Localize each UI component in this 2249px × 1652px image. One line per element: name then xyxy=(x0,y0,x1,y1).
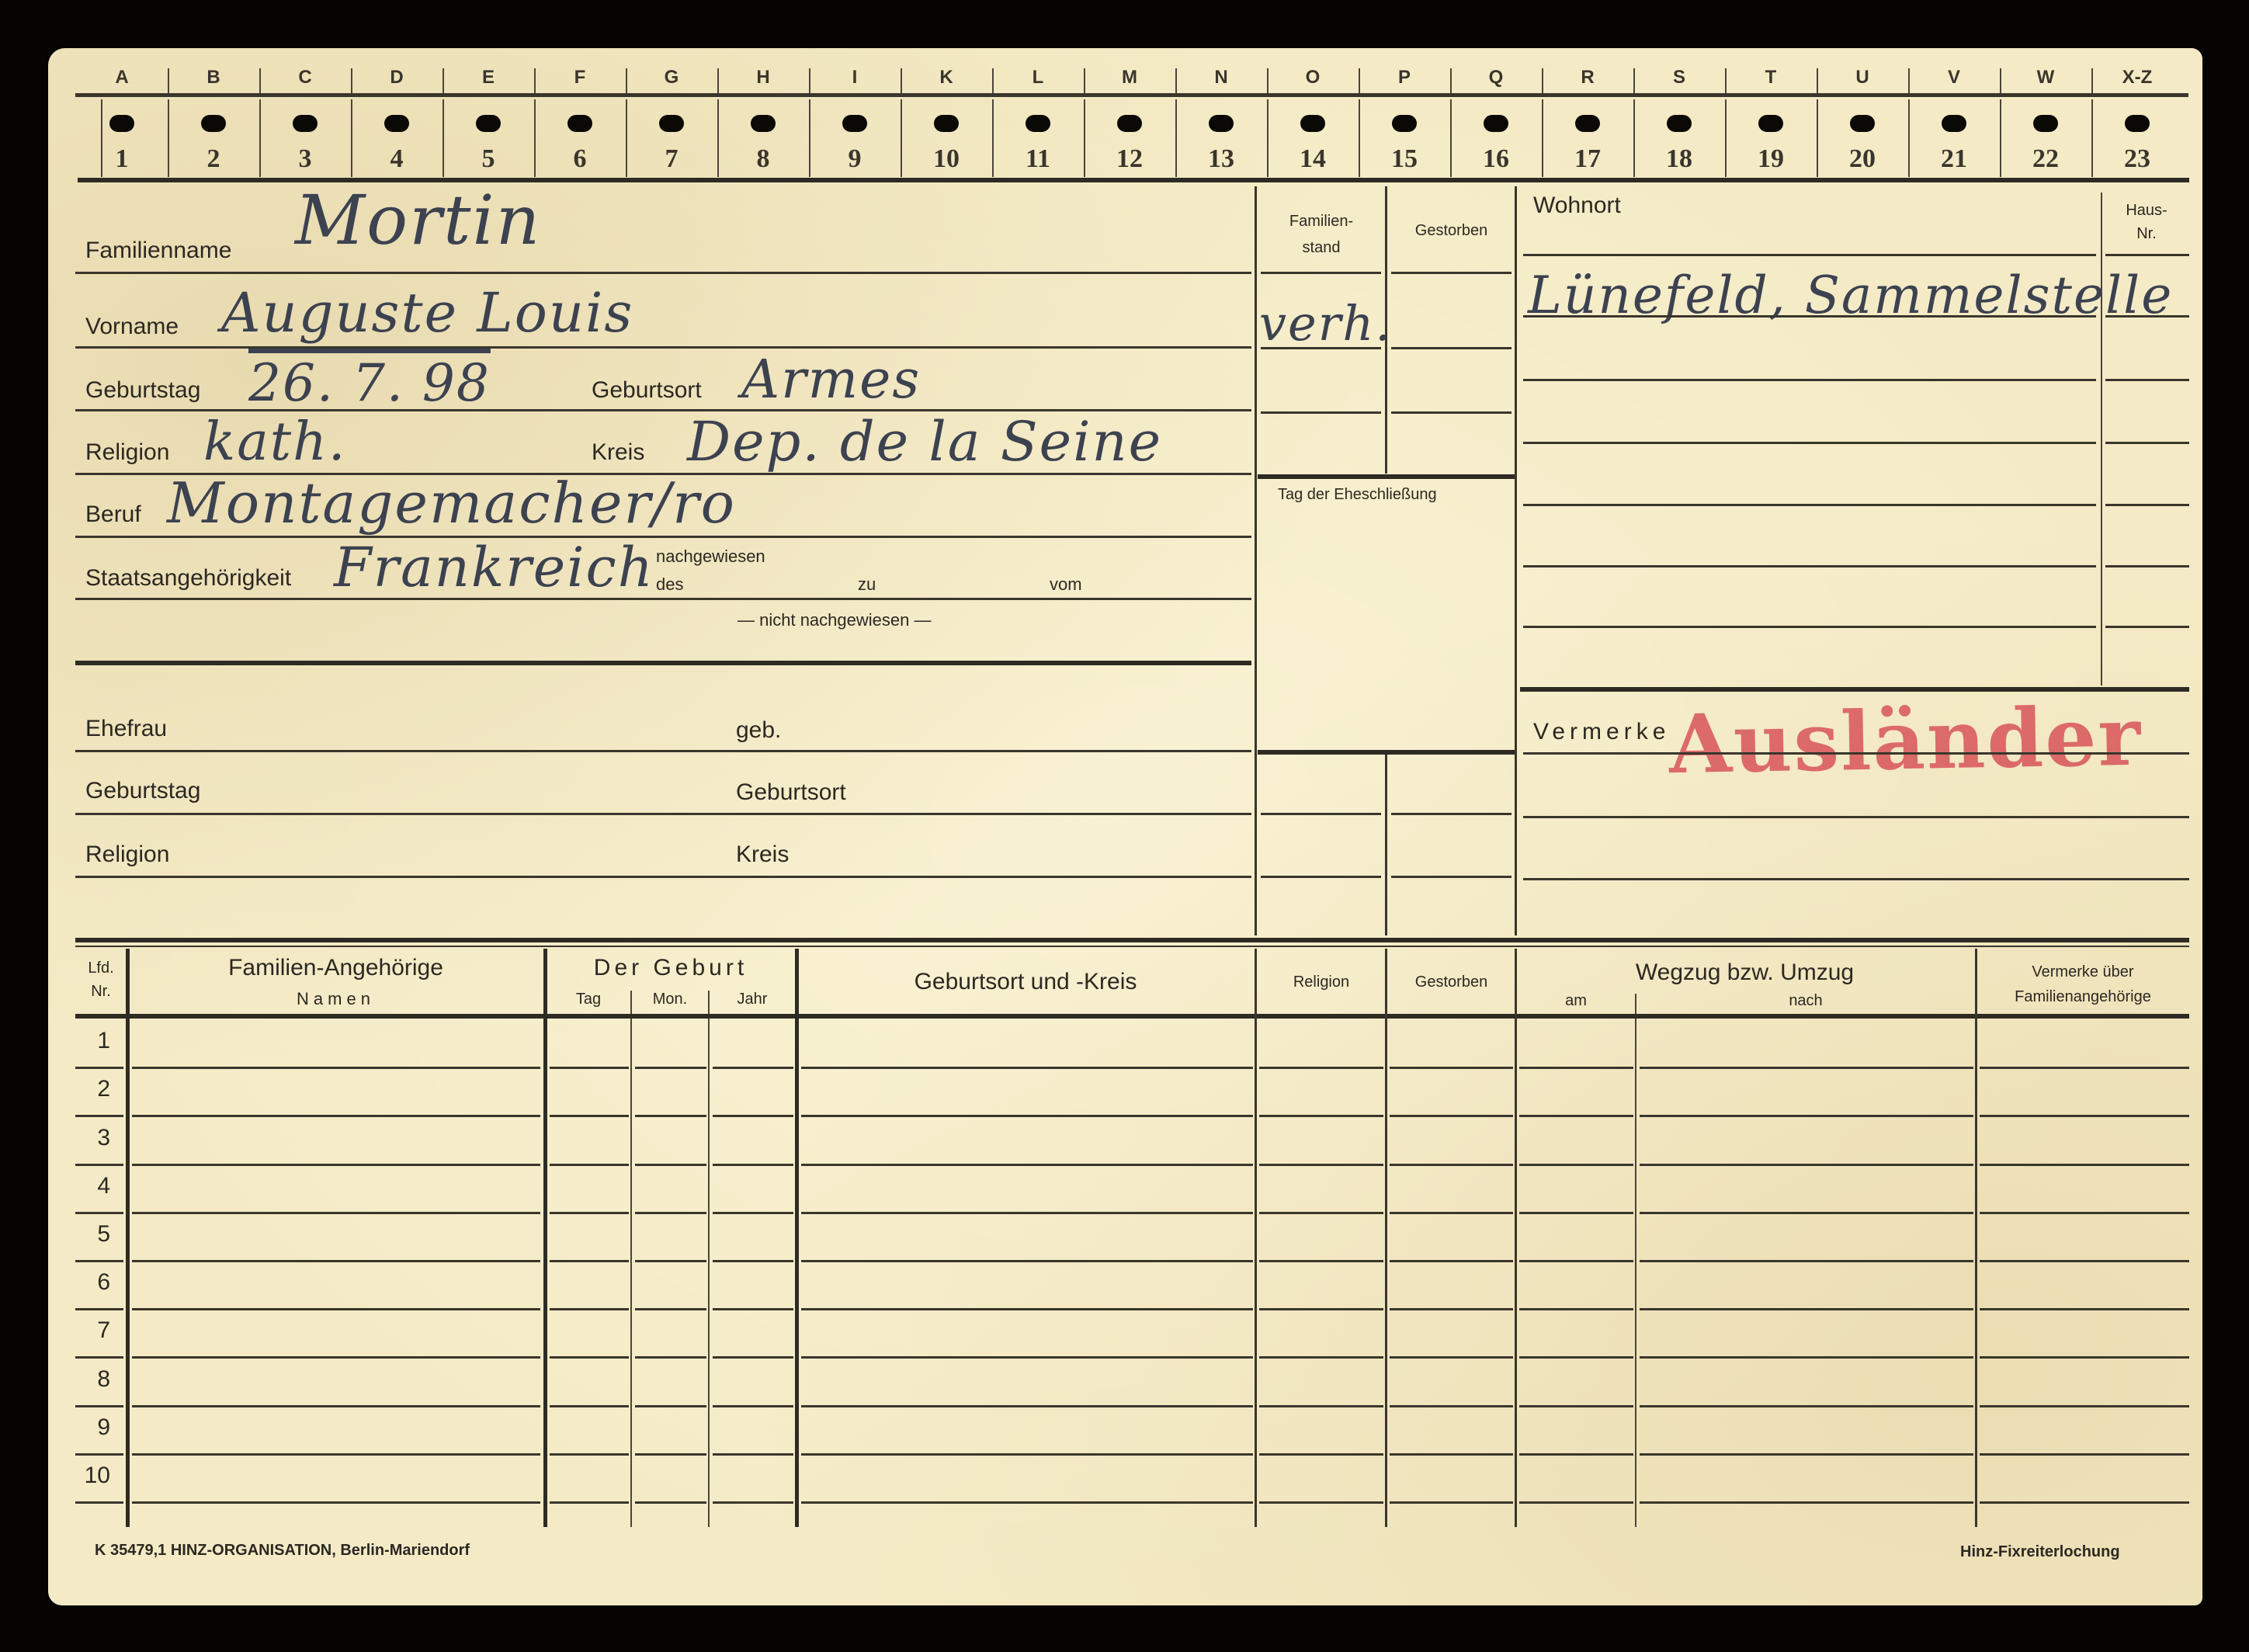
punch-hole-icon xyxy=(384,115,409,132)
rule xyxy=(1258,750,1515,755)
punch-hole-icon xyxy=(1942,115,1966,132)
table-row-rule xyxy=(132,1501,540,1504)
column-divider xyxy=(708,991,710,1014)
tab-divider xyxy=(351,68,352,93)
punch-hole-icon xyxy=(1575,115,1600,132)
column-divider xyxy=(795,949,799,1527)
punch-hole-icon xyxy=(751,115,776,132)
index-number-tab: 15 xyxy=(1359,144,1450,174)
table-row-rule xyxy=(1640,1115,1973,1117)
tab-divider xyxy=(809,99,810,177)
tab-divider xyxy=(1359,99,1360,177)
row-number: 9 xyxy=(48,1414,110,1441)
tab-divider xyxy=(1267,99,1269,177)
table-row-rule xyxy=(1980,1260,2189,1262)
tab-divider xyxy=(1175,68,1177,93)
table-row-rule xyxy=(132,1356,540,1359)
rule xyxy=(1261,411,1381,414)
table-row-rule xyxy=(1259,1212,1383,1214)
punch-hole-icon xyxy=(2125,115,2150,132)
index-number-tab: 21 xyxy=(1908,144,2000,174)
table-row-rule xyxy=(75,1308,123,1310)
row-number: 7 xyxy=(48,1317,110,1344)
tab-divider xyxy=(901,68,902,93)
index-letter-tab: N xyxy=(1175,67,1267,88)
index-letter-tab: V xyxy=(1908,67,2000,88)
row-number: 10 xyxy=(48,1463,110,1489)
index-letter-tab: R xyxy=(1542,67,1633,88)
table-row-rule xyxy=(75,1164,123,1166)
rule xyxy=(75,346,1251,349)
table-row-rule xyxy=(635,1115,706,1117)
punch-hole-icon xyxy=(109,115,134,132)
index-number-tab: 5 xyxy=(443,144,534,174)
table-row-rule xyxy=(1390,1067,1513,1069)
column-divider xyxy=(1975,949,1977,1527)
table-row-rule xyxy=(1259,1067,1383,1069)
table-row-rule xyxy=(75,1453,123,1456)
table-row-rule xyxy=(550,1356,629,1359)
table-row-rule xyxy=(1390,1356,1513,1359)
rule xyxy=(1523,504,2096,506)
row-number: 3 xyxy=(48,1125,110,1151)
table-row-rule xyxy=(550,1453,629,1456)
rule xyxy=(2105,379,2189,381)
tab-divider xyxy=(992,68,994,93)
table-row-rule xyxy=(1519,1356,1633,1359)
index-number-tab: 3 xyxy=(259,144,351,174)
row-number: 4 xyxy=(48,1173,110,1199)
table-row-rule xyxy=(75,1115,123,1117)
table-row-rule xyxy=(635,1164,706,1166)
staatsangehoerigkeit-label: Staatsangehörigkeit xyxy=(85,565,291,592)
table-row-rule xyxy=(801,1115,1253,1117)
index-number-tab: 22 xyxy=(2000,144,2091,174)
section-divider xyxy=(75,938,2189,942)
tab-divider xyxy=(2091,99,2093,177)
index-number-tab: 4 xyxy=(351,144,443,174)
table-row-rule xyxy=(1259,1405,1383,1407)
vorname-value[interactable]: Auguste Louis xyxy=(221,281,633,345)
familienname-label: Familienname xyxy=(85,238,231,264)
punch-hole-icon xyxy=(934,115,959,132)
punch-hole-icon xyxy=(842,115,867,132)
index-letter-tab: X-Z xyxy=(2091,67,2183,88)
column-divider xyxy=(1635,994,1636,1014)
table-header-divider xyxy=(75,1014,2189,1019)
geb-label: geb. xyxy=(736,717,781,744)
tab-divider xyxy=(1450,68,1452,93)
tab-divider xyxy=(809,68,810,93)
rule xyxy=(2105,315,2189,318)
rule xyxy=(2105,254,2189,256)
column-divider xyxy=(630,1019,632,1527)
tab-divider xyxy=(1084,68,1085,93)
table-row-rule xyxy=(132,1405,540,1407)
table-row-rule xyxy=(1640,1164,1973,1166)
table-row-rule xyxy=(1390,1212,1513,1214)
tab-divider xyxy=(626,99,627,177)
nicht-nachgewiesen-label: — nicht nachgewiesen — xyxy=(738,610,931,630)
gestorben-header: Gestorben xyxy=(1388,973,1515,991)
row-number: 2 xyxy=(48,1076,110,1102)
index-number-tab: 1 xyxy=(76,144,168,174)
table-row-rule xyxy=(713,1405,793,1407)
vermerke-header-line2: Familienangehörige xyxy=(1978,984,2188,1009)
punch-hole-icon xyxy=(1209,115,1234,132)
index-letter-tab: B xyxy=(168,67,259,88)
table-row-rule xyxy=(550,1212,629,1214)
table-row-rule xyxy=(1640,1067,1973,1069)
beruf-value[interactable]: Montagemacher/ro xyxy=(167,470,736,536)
tab-divider xyxy=(901,99,902,177)
punch-hole-icon xyxy=(1850,115,1875,132)
rule xyxy=(75,750,1251,752)
tab-divider xyxy=(2000,68,2001,93)
vermerke-ueber-header: Vermerke über Familienangehörige xyxy=(1978,960,2188,1009)
index-letter-tab: M xyxy=(1084,67,1175,88)
column-divider xyxy=(1255,186,1257,935)
tab-divider xyxy=(1542,99,1543,177)
table-row-rule xyxy=(1390,1308,1513,1310)
table-row-rule xyxy=(1519,1501,1633,1504)
table-row-rule xyxy=(1640,1405,1973,1407)
row-number: 5 xyxy=(48,1221,110,1248)
table-row-rule xyxy=(801,1405,1253,1407)
column-divider xyxy=(126,949,130,1527)
table-row-rule xyxy=(801,1164,1253,1166)
tab-divider xyxy=(1817,68,1818,93)
table-row-rule xyxy=(1259,1453,1383,1456)
lfd-nr-header: Lfd. Nr. xyxy=(75,956,127,1003)
table-row-rule xyxy=(132,1115,540,1117)
nach-header: nach xyxy=(1636,992,1975,1010)
table-row-rule xyxy=(132,1067,540,1069)
table-row-rule xyxy=(713,1501,793,1504)
staatsangehoerigkeit-value[interactable]: Frankreich xyxy=(334,536,654,599)
row-number: 1 xyxy=(48,1028,110,1054)
table-row-rule xyxy=(1390,1501,1513,1504)
table-row-rule xyxy=(550,1067,629,1069)
rule xyxy=(1523,315,2096,318)
familienname-value[interactable]: Mortin xyxy=(295,180,541,260)
table-row-rule xyxy=(75,1260,123,1262)
punch-hole-icon xyxy=(1667,115,1692,132)
table-row-rule xyxy=(801,1308,1253,1310)
hausnr-label-line2: Nr. xyxy=(2104,222,2189,245)
table-row-rule xyxy=(635,1212,706,1214)
column-divider xyxy=(708,1019,710,1527)
table-row-rule xyxy=(1519,1164,1633,1166)
table-row-rule xyxy=(635,1453,706,1456)
geburtsort-value[interactable]: Armes xyxy=(741,349,921,411)
punch-hole-icon xyxy=(1392,115,1417,132)
tab-divider xyxy=(1725,68,1727,93)
row-number: 8 xyxy=(48,1366,110,1393)
table-row-rule xyxy=(1980,1453,2189,1456)
index-number-tab: 18 xyxy=(1633,144,1725,174)
table-row-rule xyxy=(550,1405,629,1407)
vermerke-header-line1: Vermerke über xyxy=(1978,960,2188,984)
table-row-rule xyxy=(1519,1067,1633,1069)
tab-divider xyxy=(1450,99,1452,177)
spouse-geburtstag-label: Geburtstag xyxy=(85,778,200,804)
table-row-rule xyxy=(1980,1308,2189,1310)
index-letter-tab: F xyxy=(534,67,626,88)
gestorben-label: Gestorben xyxy=(1388,222,1515,240)
table-row-rule xyxy=(1980,1212,2189,1214)
table-row-rule xyxy=(132,1164,540,1166)
table-row-rule xyxy=(713,1260,793,1262)
auslaender-stamp: Ausländer xyxy=(1668,689,2143,793)
table-row-rule xyxy=(1980,1501,2189,1504)
index-number-tab: 11 xyxy=(992,144,1084,174)
table-row-rule xyxy=(75,1212,123,1214)
index-number-tab: 13 xyxy=(1175,144,1267,174)
table-row-rule xyxy=(1259,1260,1383,1262)
index-number-tab: 20 xyxy=(1817,144,1908,174)
table-row-rule xyxy=(801,1067,1253,1069)
wegzug-header: Wegzug bzw. Umzug xyxy=(1518,960,1972,986)
index-number-tab: 2 xyxy=(168,144,259,174)
index-letter-tab: H xyxy=(717,67,809,88)
column-divider xyxy=(1635,1019,1636,1527)
index-number-tab: 16 xyxy=(1450,144,1542,174)
punch-hole-icon xyxy=(1026,115,1050,132)
index-number-tab: 14 xyxy=(1267,144,1359,174)
table-row-rule xyxy=(713,1308,793,1310)
tab-divider xyxy=(259,68,261,93)
table-row-rule xyxy=(75,1405,123,1407)
table-row-rule xyxy=(1640,1308,1973,1310)
familienstand-value[interactable]: verh. xyxy=(1259,295,1392,352)
punch-hole-icon xyxy=(1300,115,1325,132)
tab-divider xyxy=(1908,68,1910,93)
angehoerige-header: Familien-Angehörige xyxy=(128,955,543,981)
index-number-tab: 19 xyxy=(1725,144,1817,174)
index-letter-tab: C xyxy=(259,67,351,88)
index-number-tab: 23 xyxy=(2091,144,2183,174)
table-row-rule xyxy=(801,1453,1253,1456)
tab-divider xyxy=(534,68,536,93)
punch-hole-icon xyxy=(659,115,684,132)
rule xyxy=(1523,254,2096,256)
table-row-rule xyxy=(132,1308,540,1310)
table-row-rule xyxy=(713,1212,793,1214)
table-row-rule xyxy=(75,1501,123,1504)
table-row-rule xyxy=(1980,1405,2189,1407)
column-divider xyxy=(1515,186,1517,935)
index-letter-tab: T xyxy=(1725,67,1817,88)
rule xyxy=(1523,752,2189,755)
table-row-rule xyxy=(132,1212,540,1214)
table-row-rule xyxy=(1640,1356,1973,1359)
column-divider xyxy=(630,991,632,1014)
rule xyxy=(1523,626,2096,628)
table-row-rule xyxy=(635,1356,706,1359)
table-row-rule xyxy=(550,1164,629,1166)
table-row-rule xyxy=(1519,1212,1633,1214)
tab-letter-divider xyxy=(75,93,2188,97)
rule xyxy=(1261,813,1381,815)
vom-label: vom xyxy=(1050,574,1082,595)
beruf-label: Beruf xyxy=(85,501,141,528)
index-letter-tab: O xyxy=(1267,67,1359,88)
tab-divider xyxy=(626,68,627,93)
rule xyxy=(1523,816,2189,818)
tag-header: Tag xyxy=(547,991,630,1008)
punch-hole-icon xyxy=(1758,115,1783,132)
table-row-rule xyxy=(1390,1405,1513,1407)
religion-header: Religion xyxy=(1258,973,1385,991)
index-letter-tab: S xyxy=(1633,67,1725,88)
rule xyxy=(2105,504,2189,506)
des-label: des xyxy=(656,574,683,595)
table-row-rule xyxy=(550,1501,629,1504)
punch-hole-icon xyxy=(201,115,226,132)
rule xyxy=(1391,272,1511,274)
rule xyxy=(75,536,1251,538)
table-row-rule xyxy=(1390,1260,1513,1262)
tab-divider xyxy=(1908,99,1910,177)
lfd-header-line2: Nr. xyxy=(75,980,127,1003)
spouse-religion-label: Religion xyxy=(85,842,169,868)
tab-divider xyxy=(168,68,169,93)
rule xyxy=(75,598,1251,600)
jahr-header: Jahr xyxy=(710,991,795,1008)
religion-label: Religion xyxy=(85,439,169,466)
geburtstag-value[interactable]: 26. 7. 98 xyxy=(248,353,491,413)
lfd-header-line1: Lfd. xyxy=(75,956,127,980)
section-divider xyxy=(75,661,1251,665)
namen-header: Namen xyxy=(128,989,543,1009)
table-row-rule xyxy=(635,1405,706,1407)
table-row-rule xyxy=(1259,1115,1383,1117)
table-row-rule xyxy=(713,1453,793,1456)
table-row-rule xyxy=(1980,1164,2189,1166)
index-number-tab: 8 xyxy=(717,144,809,174)
index-letter-tab: W xyxy=(2000,67,2091,88)
table-row-rule xyxy=(75,1067,123,1069)
tab-divider xyxy=(443,99,444,177)
rule xyxy=(1391,876,1511,878)
rule xyxy=(75,946,2189,947)
punch-hole-icon xyxy=(2033,115,2058,132)
table-row-rule xyxy=(635,1501,706,1504)
table-row-rule xyxy=(1640,1453,1973,1456)
table-row-rule xyxy=(1980,1356,2189,1359)
tab-divider xyxy=(1817,99,1818,177)
index-number-tab: 7 xyxy=(626,144,717,174)
spouse-kreis-label: Kreis xyxy=(736,842,789,868)
index-letter-tab: Q xyxy=(1450,67,1542,88)
wohnort-label: Wohnort xyxy=(1533,193,1621,219)
familienstand-label: Familien- stand xyxy=(1258,208,1385,261)
tab-divider xyxy=(1267,68,1269,93)
vermerke-label: Vermerke xyxy=(1533,719,1670,745)
tab-divider xyxy=(259,99,261,177)
zu-label: zu xyxy=(858,574,876,595)
index-letter-tab: L xyxy=(992,67,1084,88)
rule xyxy=(1523,565,2096,567)
tab-divider xyxy=(2091,68,2093,93)
table-row-rule xyxy=(1259,1308,1383,1310)
row-number: 6 xyxy=(48,1269,110,1296)
rule xyxy=(1523,379,2096,381)
kreis-value[interactable]: Dep. de la Seine xyxy=(687,410,1162,474)
rule xyxy=(1391,411,1511,414)
table-row-rule xyxy=(550,1308,629,1310)
table-row-rule xyxy=(713,1067,793,1069)
table-row-rule xyxy=(801,1212,1253,1214)
der-geburt-header: Der Geburt xyxy=(547,955,795,981)
column-divider xyxy=(1255,949,1257,1527)
table-row-rule xyxy=(1519,1260,1633,1262)
index-number-tab: 10 xyxy=(901,144,992,174)
rule xyxy=(2105,442,2189,444)
index-letter-tab: I xyxy=(809,67,901,88)
table-row-rule xyxy=(1390,1164,1513,1166)
table-row-rule xyxy=(801,1356,1253,1359)
rule xyxy=(75,876,1251,878)
rule xyxy=(2105,565,2189,567)
table-row-rule xyxy=(635,1308,706,1310)
rule xyxy=(75,272,1251,274)
nachgewiesen-label: nachgewiesen xyxy=(656,547,765,567)
table-row-rule xyxy=(550,1115,629,1117)
table-row-rule xyxy=(713,1356,793,1359)
rule xyxy=(1523,442,2096,444)
rule xyxy=(75,813,1251,815)
punch-hole-icon xyxy=(293,115,318,132)
ehefrau-label: Ehefrau xyxy=(85,716,167,742)
column-divider xyxy=(1385,949,1387,1527)
tab-divider xyxy=(443,68,444,93)
index-number-tab: 17 xyxy=(1542,144,1633,174)
rule xyxy=(1258,474,1515,479)
tab-divider xyxy=(1633,68,1635,93)
table-row-rule xyxy=(1259,1501,1383,1504)
table-row-rule xyxy=(1640,1260,1973,1262)
tab-divider xyxy=(2000,99,2001,177)
table-row-rule xyxy=(75,1356,123,1359)
am-header: am xyxy=(1518,992,1634,1010)
table-row-rule xyxy=(1519,1115,1633,1117)
table-row-rule xyxy=(1980,1067,2189,1069)
index-letter-tab: A xyxy=(76,67,168,88)
form-number-imprint: K 35479,1 HINZ-ORGANISATION, Berlin-Mari… xyxy=(95,1542,470,1560)
column-divider xyxy=(1515,949,1517,1527)
index-number-tab: 6 xyxy=(534,144,626,174)
table-row-rule xyxy=(1519,1453,1633,1456)
index-number-tab: 12 xyxy=(1084,144,1175,174)
index-letter-tab: E xyxy=(443,67,534,88)
table-row-rule xyxy=(1980,1115,2189,1117)
table-row-rule xyxy=(1390,1453,1513,1456)
religion-value[interactable]: kath. xyxy=(203,411,346,473)
kreis-label: Kreis xyxy=(592,439,644,466)
table-row-rule xyxy=(132,1260,540,1262)
tab-divider xyxy=(168,99,169,177)
table-row-rule xyxy=(713,1115,793,1117)
geburtsort-label: Geburtsort xyxy=(592,377,702,404)
rule xyxy=(1391,347,1511,349)
rule xyxy=(1523,878,2189,880)
tab-divider xyxy=(1175,99,1177,177)
tab-divider xyxy=(1725,99,1727,177)
column-divider xyxy=(1385,755,1387,935)
mon-header: Mon. xyxy=(632,991,708,1008)
